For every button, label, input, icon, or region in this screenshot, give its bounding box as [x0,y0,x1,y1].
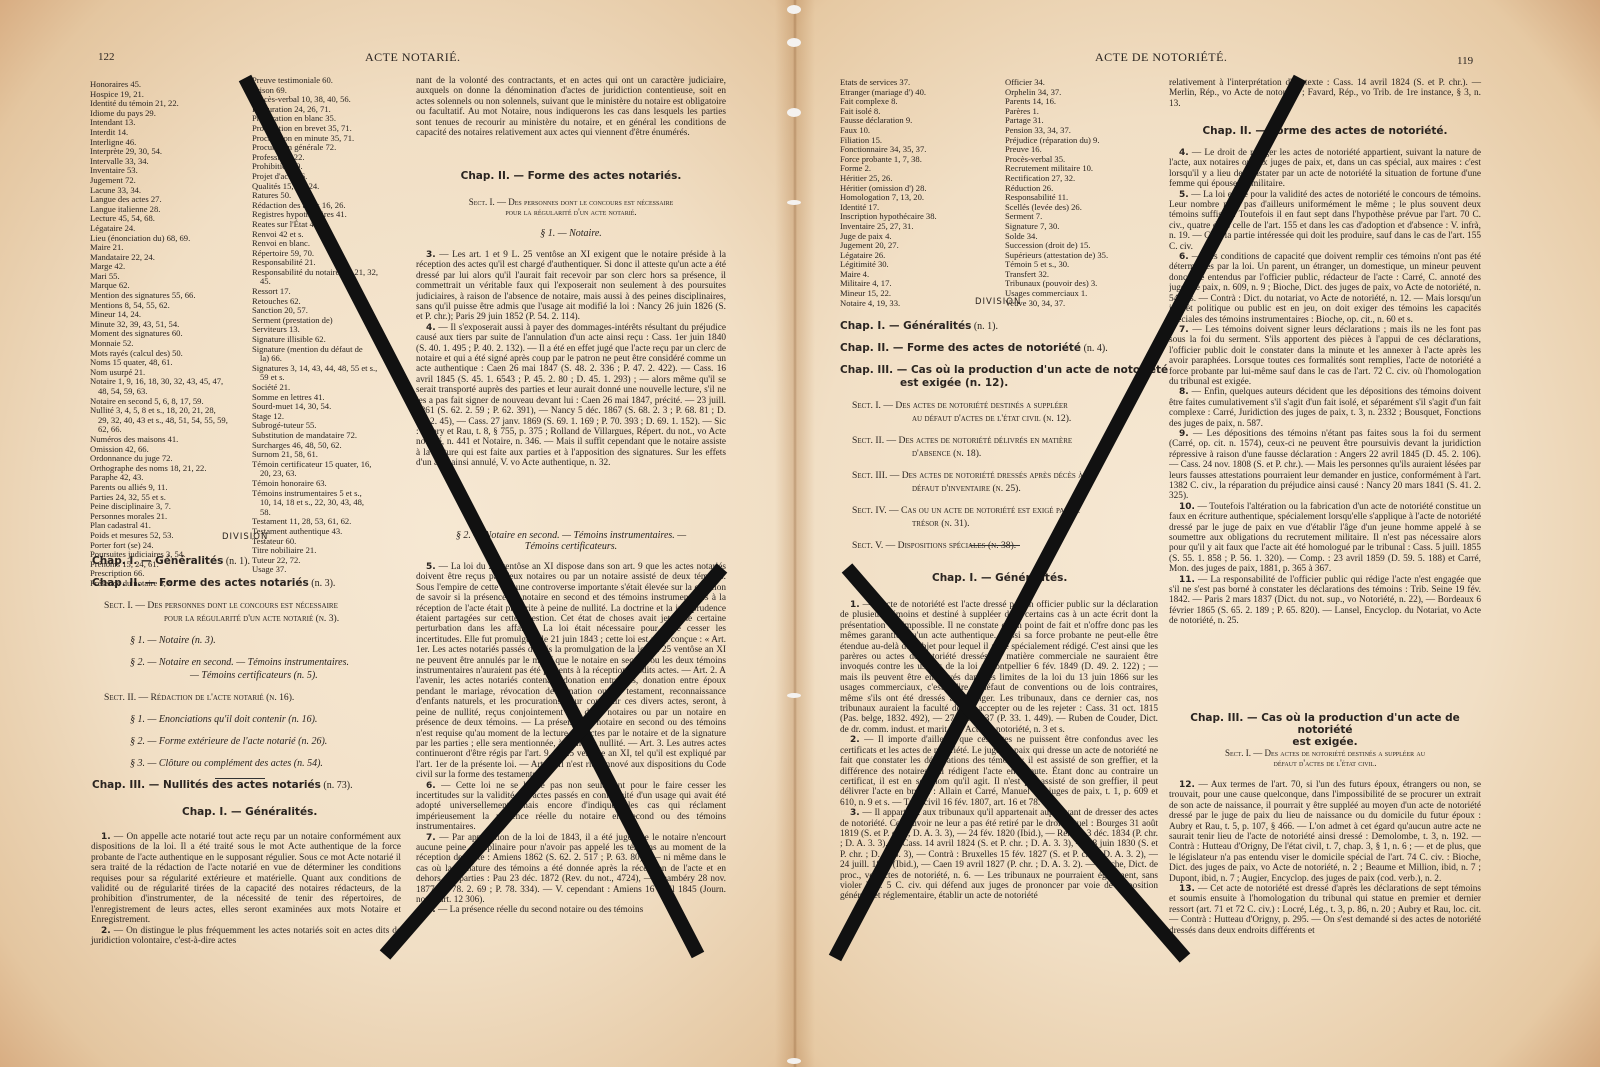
paragraph-number: 11. [1179,575,1195,585]
body-text-block: 1. — On appelle acte notarié tout acte r… [91,832,401,946]
index-column-1: Etats de services 37.Etranger (mariage d… [840,78,1000,308]
division-outline: Chap. I. — Généralités (n. 1).Chap. II. … [92,555,412,801]
paragraph-text: — Toutefois l'altération ou la fabricati… [1169,502,1481,574]
body-text-block: nant de la volonté des contractants, et … [416,76,726,138]
paragraph-number: 7. [1179,325,1189,335]
heading-line: est exigée. [1169,736,1481,748]
chapter-heading: Chap. I. — Généralités. [932,572,1067,584]
division-sect-entry: Sect. IV. — Cas ou un acte de notoriété … [840,504,1170,530]
paragraph-number: 5. [426,562,436,572]
division-sect-entry: Sect. II. — Des actes de notoriété déliv… [840,434,1170,460]
division-heading: DIVISION [975,297,1021,307]
paragraph-text: — Cette loi ne se borne pas non seulemen… [416,781,726,833]
right-page: ACTE DE NOTORIÉTÉ. 119 Etats de services… [795,0,1600,1067]
division-sect-entry: Sect. I. — Des actes de notoriété destin… [840,399,1170,425]
paragraph-number: 8. [1179,387,1189,397]
index-entry: Veuve 30, 34, 37. [1005,299,1175,309]
paragraph-text: — Les art. 1 et 9 L. 25 ventôse an XI ex… [416,250,726,322]
index-entry: Responsabilité du notaire 16, 21, 32, [252,268,412,278]
division-para-entry: § 3. — Clôture ou complément des actes (… [92,757,412,770]
paragraph-text: — Il appartient aux tribunaux qu'il appa… [840,808,1158,901]
binding-hole [787,200,801,205]
paragraph-text: — On appelle acte notarié tout acte reçu… [91,832,401,925]
division-outline: Chap. I. — Généralités (n. 1).Chap. II. … [840,320,1170,561]
paragraph-number: 12. [1179,780,1195,790]
body-text-block: relativement à l'interprétation d'un tex… [1169,78,1481,109]
division-sect-entry: Sect. I. — Des personnes dont le concour… [92,599,412,625]
division-chap-entry: Chap. III. — Nullités des actes notariés… [92,779,412,792]
heading-line: défaut d'actes de l'état civil. [1169,758,1481,768]
division-chap-entry: Chap. I. — Généralités (n. 1). [92,555,412,568]
binding-hole [787,1058,801,1064]
division-para-entry: § 2. — Forme extérieure de l'acte notari… [92,735,412,748]
body-text-block: 1. — L'acte de notoriété est l'acte dres… [840,600,1158,960]
paragraph-number: 3. [850,808,860,818]
paragraph-number: 8. [426,905,436,915]
chapter-heading: Chap. III. — Cas où la production d'un a… [1169,712,1481,748]
body-text-block: 3. — Les art. 1 et 9 L. 25 ventôse an XI… [416,250,726,505]
section-heading: Sect. I. — Des personnes dont le concour… [416,197,726,217]
division-chap-entry: Chap. II. — Forme des actes de notoriété… [840,342,1170,355]
paragraph-number: 6. [426,781,436,791]
paragraph-number: 2. [101,926,111,936]
paragraph-number: 4. [426,323,436,333]
section-heading-line: Sect. I. — Des personnes dont le concour… [416,197,726,207]
binding-hole [787,108,801,117]
paragraph-text: — La loi exige pour la validité des acte… [1169,190,1481,252]
paragraph-text: — Les conditions de capacité que doivent… [1169,252,1481,324]
paragraph-number: 13. [1179,884,1195,894]
chapter-heading: Chap. II. — Forme des actes de notoriété… [1169,125,1481,137]
left-page: 122 ACTE NOTARIÉ. Honoraires 45.Hospice … [0,0,795,1067]
paragraph-text: — On distingue le plus fréquemment les a… [91,926,401,946]
paragraph-text: — La présence réelle du second notaire o… [438,905,643,915]
paragraph-heading: § 2. — Notaire en second. — Témoins inst… [416,530,726,552]
paragraph-number: 1. [850,600,860,610]
division-para-entry: § 1. — Notaire (n. 3). [92,634,412,647]
paragraph-text: — Aux termes de l'art. 70, si l'un des f… [1169,780,1481,884]
index-entry: 10, 14, 18 et s., 22, 30, 43, 48, [252,498,412,508]
paragraph-number: 5. [1179,190,1189,200]
paragraph-number: 9. [1179,429,1189,439]
paragraph-number: 4. [1179,148,1189,158]
paragraph-text: — Par application de la loi de 1843, il … [416,833,726,905]
index-column-2: Officier 34.Orphelin 34, 37.Parents 14, … [1005,78,1175,308]
body-text-block: 5. — La loi du 25 ventôse an XI dispose … [416,562,726,958]
paragraph-number: 6. [1179,252,1189,262]
paragraph-text: relativement à l'interprétation d'un tex… [1169,78,1481,109]
section-heading-line: pour la régularité d'un acte notarié. [416,207,726,217]
paragraph-number: 3. [426,250,436,260]
book-gutter [775,0,815,1067]
division-chap-entry: Chap. III. — Cas où la production d'un a… [840,364,1170,390]
paragraph-text: — La loi du 25 ventôse an XI dispose dan… [416,562,726,780]
binding-hole [787,38,801,47]
divider-rule [970,545,1020,546]
heading-line: Chap. III. — Cas où la production d'un a… [1169,712,1481,736]
paragraph-number: 2. [850,735,860,745]
paragraph-number: 7. [426,833,436,843]
body-text-block: 12. — Aux termes de l'art. 70, si l'un d… [1169,780,1481,960]
index-column-1: Honoraires 45.Hospice 19, 21.Identité du… [90,80,240,588]
paragraph-text: — L'acte de notoriété est l'acte dressé … [840,600,1158,735]
paragraph-text: — La responsabilité de l'officier public… [1169,575,1481,627]
division-chap-entry: Chap. II. — Forme des actes notariés (n.… [92,577,412,590]
paragraph-text: nant de la volonté des contractants, et … [416,76,726,138]
page-number: 122 [98,51,115,63]
division-para-entry: § 1. — Enonciations qu'il doit contenir … [92,713,412,726]
division-chap-entry: Chap. I. — Généralités (n. 1). [840,320,1170,333]
heading-line: Sect. I. — Des actes de notoriété destin… [1169,748,1481,758]
paragraph-text: — Cet acte de notoriété est dressé d'apr… [1169,884,1481,936]
binding-hole [787,693,801,698]
paragraph-number: 10. [1179,502,1195,512]
paragraph-text: — Il s'exposerait aussi à payer des domm… [416,323,726,468]
index-column-2: Preuve testimoniale 60.Prison 69.Procès-… [252,76,412,575]
chapter-heading: Chap. II. — Forme des actes notariés. [416,170,726,182]
paragraph-text: — Le droit de rédiger les actes de notor… [1169,148,1481,189]
paragraph-text: — Les témoins doivent signer leurs décla… [1169,325,1481,387]
section-heading: Sect. I. — Des actes de notoriété destin… [1169,748,1481,768]
page-number: 119 [1457,55,1473,67]
book-spread: 122 ACTE NOTARIÉ. Honoraires 45.Hospice … [0,0,1600,1067]
running-head: ACTE NOTARIÉ. [365,50,461,65]
paragraph-text: — Enfin, quelques auteurs décident que l… [1169,387,1481,428]
division-sect-entry: Sect. II. — Rédaction de l'acte notarié … [92,691,412,704]
paragraph-text: — Il importe d'ailleurs que ces actes ne… [840,735,1158,807]
binding-hole [787,5,801,14]
heading-line: § 2. — Notaire en second. — Témoins inst… [416,530,726,541]
paragraph-number: 1. [101,832,111,842]
divider-rule [215,778,265,779]
paragraph-heading: § 1. — Notaire. [416,228,726,239]
body-text-block: 4. — Le droit de rédiger les actes de no… [1169,148,1481,688]
running-head: ACTE DE NOTORIÉTÉ. [1095,50,1227,65]
chapter-heading: Chap. I. — Généralités. [182,806,317,818]
heading-line: Témoins certificateurs. [416,541,726,552]
division-para-entry: § 2. — Notaire en second. — Témoins inst… [92,656,412,682]
paragraph-text: — Les dépositions des témoins n'étant pa… [1169,429,1481,501]
division-sect-entry: Sect. III. — Des actes de notoriété dres… [840,469,1170,495]
division-heading: DIVISION [222,532,268,542]
